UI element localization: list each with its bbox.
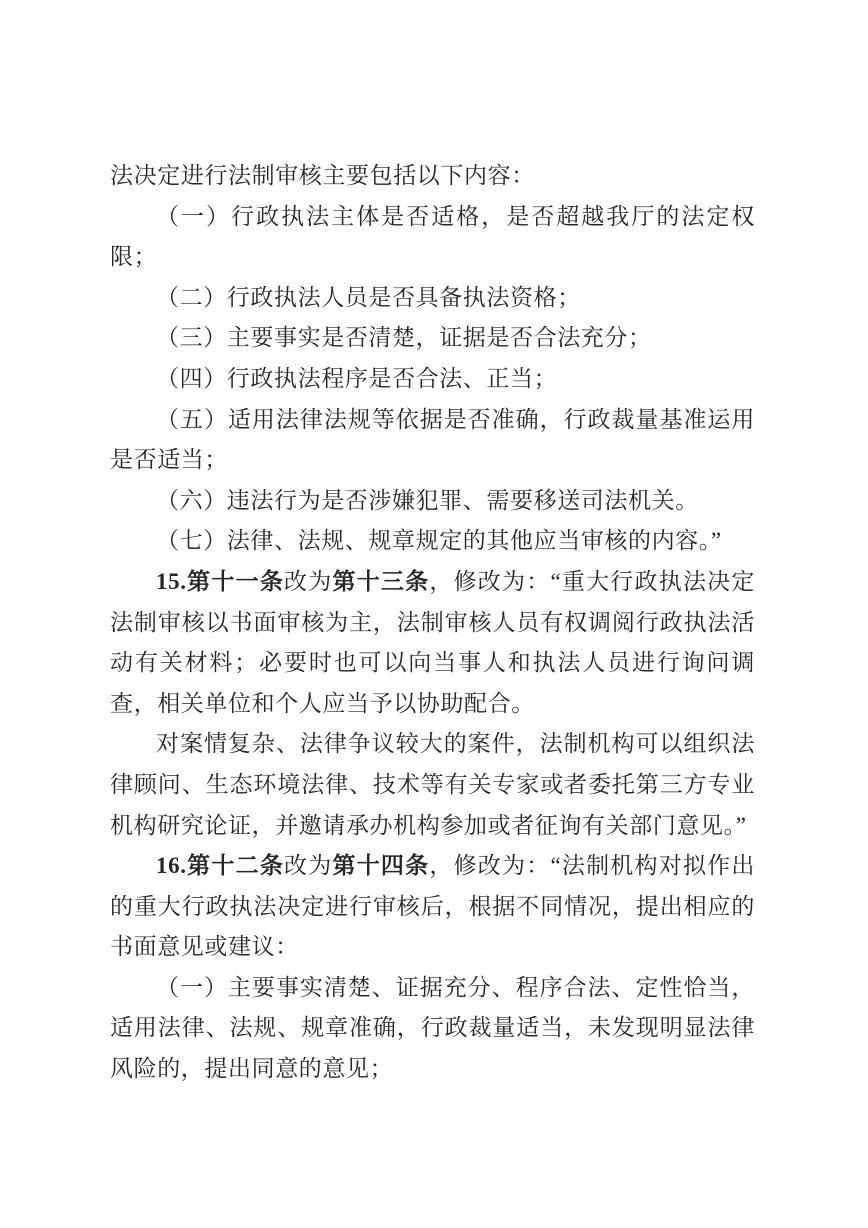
- paragraph: （六）违法行为是否涉嫌犯罪、需要移送司法机关。: [110, 481, 755, 522]
- paragraph: 16.第十二条改为第十四条，修改为：“法制机构对拟作出的重大行政执法决定进行审核…: [110, 846, 755, 968]
- paragraph: （三）主要事实是否清楚，证据是否合法充分；: [110, 318, 755, 359]
- text-run: 改为: [284, 853, 332, 878]
- paragraph: （一）主要事实清楚、证据充分、程序合法、定性恰当，适用法律、法规、规章准确，行政…: [110, 968, 755, 1090]
- text-run: （四）行政执法程序是否合法、正当；: [156, 366, 557, 391]
- text-run: （三）主要事实是否清楚，证据是否合法充分；: [156, 325, 652, 350]
- bold-text-run: 16.第十二条: [156, 853, 284, 878]
- text-run: （一）行政执法主体是否适格，是否超越我厅的法定权限；: [110, 204, 755, 270]
- text-run: （五）适用法律法规等依据是否准确，行政裁量基准运用是否适当；: [110, 407, 755, 473]
- document-page: 法决定进行法制审核主要包括以下内容：（一）行政执法主体是否适格，是否超越我厅的法…: [0, 0, 868, 1228]
- paragraph: （二）行政执法人员是否具备执法资格；: [110, 278, 755, 319]
- paragraph: （五）适用法律法规等依据是否准确，行政裁量基准运用是否适当；: [110, 400, 755, 481]
- text-run: （二）行政执法人员是否具备执法资格；: [156, 285, 581, 310]
- document-body: 法决定进行法制审核主要包括以下内容：（一）行政执法主体是否适格，是否超越我厅的法…: [110, 156, 755, 1090]
- paragraph: （一）行政执法主体是否适格，是否超越我厅的法定权限；: [110, 197, 755, 278]
- paragraph: （四）行政执法程序是否合法、正当；: [110, 359, 755, 400]
- text-run: （一）主要事实清楚、证据充分、程序合法、定性恰当，适用法律、法规、规章准确，行政…: [110, 975, 755, 1081]
- paragraph: 法决定进行法制审核主要包括以下内容：: [110, 156, 755, 197]
- bold-text-run: 15.第十一条: [156, 569, 284, 594]
- paragraph: 15.第十一条改为第十三条，修改为：“重大行政执法决定法制审核以书面审核为主，法…: [110, 562, 755, 724]
- text-run: 改为: [284, 569, 332, 594]
- paragraph: （七）法律、法规、规章规定的其他应当审核的内容。”: [110, 521, 755, 562]
- text-run: 对案情复杂、法律争议较大的案件，法制机构可以组织法律顾问、生态环境法律、技术等有…: [110, 731, 755, 837]
- paragraph: 对案情复杂、法律争议较大的案件，法制机构可以组织法律顾问、生态环境法律、技术等有…: [110, 724, 755, 846]
- bold-text-run: 第十四条: [332, 853, 429, 878]
- text-run: （七）法律、法规、规章规定的其他应当审核的内容。”: [156, 528, 722, 553]
- bold-text-run: 第十三条: [332, 569, 429, 594]
- text-run: （六）违法行为是否涉嫌犯罪、需要移送司法机关。: [156, 488, 699, 513]
- text-run: 法决定进行法制审核主要包括以下内容：: [110, 163, 535, 188]
